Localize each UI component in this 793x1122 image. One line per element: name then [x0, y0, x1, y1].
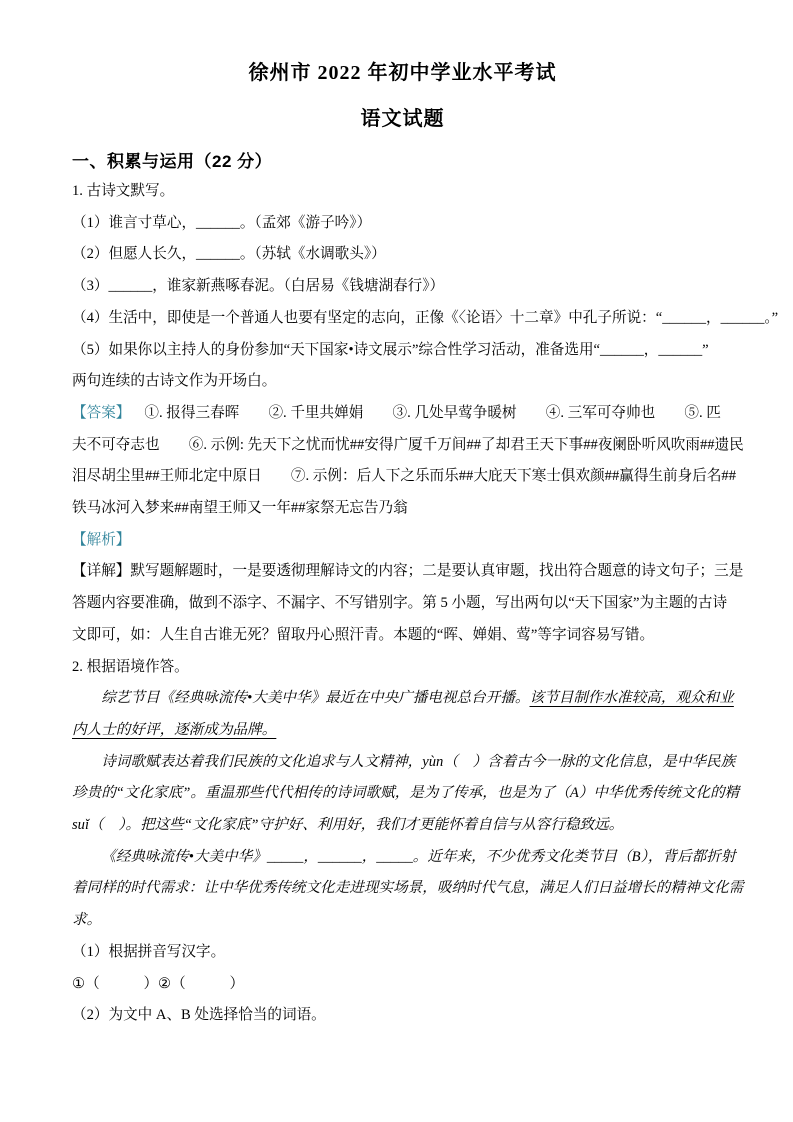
question-1-stem: 1. 古诗文默写。: [72, 176, 733, 208]
answer-label: 【答案】: [72, 405, 130, 421]
answer-line-1: 【答案】①. 报得三春晖 ②. 千里共婵娟 ③. 几处早莺争暖树 ④. 三军可夺…: [72, 398, 733, 430]
detail-line-3: 文即可，如：人生自古谁无死？留取丹心照汗青。本题的“晖、婵娟、莺”等字词容易写错…: [72, 620, 733, 652]
context-paragraph-1-line-1: 综艺节目《经典咏流传•大美中华》最近在中央广播电视总台开播。该节目制作水准较高，…: [72, 683, 733, 715]
answer-line-2: 夫不可夺志也 ⑥. 示例: 先天下之忧而忧##安得广厦千万间##了却君王天下事#…: [72, 430, 733, 462]
question-1-item-2: （2）但愿人长久，______。（苏轼《水调歌头》）: [72, 239, 733, 271]
answer-text-1: ①. 报得三春晖 ②. 千里共婵娟 ③. 几处早莺争暖树 ④. 三军可夺帅也 ⑤…: [144, 405, 720, 421]
context-paragraph-3-line-3: 求。: [72, 905, 733, 937]
question-1-item-5: （5）如果你以主持人的身份参加“天下国家•诗文展示”综合性学习活动，准备选用“_…: [72, 335, 733, 367]
pinyin-answer-blanks: ①（ ）②（ ）: [72, 969, 733, 1001]
answer-line-4: 铁马冰河入梦来##南望王师又一年##家祭无忘告乃翁: [72, 493, 733, 525]
question-1-item-5-continuation: 两句连续的古诗文作为开场白。: [72, 366, 733, 398]
question-2-sub-2: （2）为文中 A、B 处选择恰当的词语。: [72, 1000, 733, 1032]
question-2-stem: 2. 根据语境作答。: [72, 652, 733, 684]
answer-line-3: 泪尽胡尘里##王师北定中原日 ⑦. 示例：后人下之乐而乐##大庇天下寒士俱欢颜#…: [72, 461, 733, 493]
exam-subtitle: 语文试题: [72, 106, 733, 132]
context-lead-text: 综艺节目《经典咏流传•大美中华》最近在中央广播电视总台开播。: [101, 690, 529, 706]
question-1-item-3: （3）______，谁家新燕啄春泥。（白居易《钱塘湖春行》）: [72, 271, 733, 303]
detail-line-2: 答题内容要准确，做到不添字、不漏字、不写错别字。第 5 小题，写出两句以“天下国…: [72, 588, 733, 620]
context-paragraph-2-line-3: suǐ（ ）。把这些“文化家底”守护好、利用好，我们才更能怀着自信与从容行稳致远…: [72, 810, 733, 842]
context-paragraph-1-line-2: 内人士的好评，逐渐成为品牌。: [72, 715, 733, 747]
analysis-line: 【解析】: [72, 525, 733, 557]
exam-document-page: 徐州市 2022 年初中学业水平考试 语文试题 一、积累与运用（22 分） 1.…: [0, 0, 793, 1122]
question-1-item-1: （1）谁言寸草心，______。（孟郊《游子吟》）: [72, 208, 733, 240]
context-paragraph-3-line-1: 《经典咏流传•大美中华》_____，______，_____。近年来，不少优秀文…: [72, 842, 733, 874]
section-1-heading: 一、积累与运用（22 分）: [72, 148, 733, 176]
exam-title: 徐州市 2022 年初中学业水平考试: [72, 60, 733, 86]
context-paragraph-2-line-1: 诗词歌赋表达着我们民族的文化追求与人文精神，yùn（ ）含着古今一脉的文化信息，…: [72, 747, 733, 779]
context-paragraph-2-line-2: 珍贵的“文化家底”。重温那些代代相传的诗词歌赋，是为了传承，也是为了（A）中华优…: [72, 778, 733, 810]
underlined-sentence-part-2: 内人士的好评，逐渐成为品牌。: [72, 722, 276, 738]
analysis-label: 【解析】: [72, 532, 130, 548]
underlined-sentence-part-1: 该节目制作水准较高，观众和业: [530, 690, 734, 706]
detail-line-1: 【详解】默写题解题时，一是要透彻理解诗文的内容；二是要认真审题，找出符合题意的诗…: [72, 556, 733, 588]
context-paragraph-3-line-2: 着同样的时代需求：让中华优秀传统文化走进现实场景，吸纳时代气息，满足人们日益增长…: [72, 873, 733, 905]
question-1-item-4: （4）生活中，即使是一个普通人也要有坚定的志向，正像《〈论语〉十二章》中孔子所说…: [72, 303, 733, 335]
question-2-sub-1: （1）根据拼音写汉字。: [72, 937, 733, 969]
